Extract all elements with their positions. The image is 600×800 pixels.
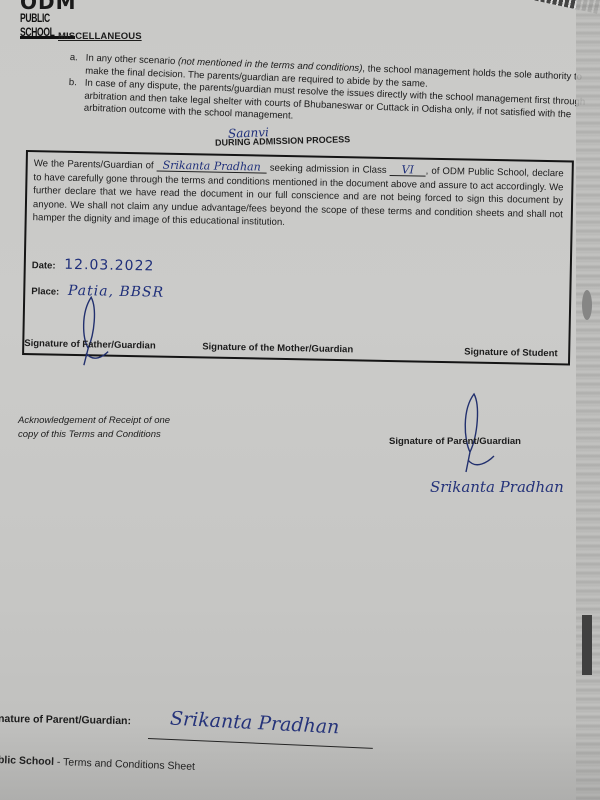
declaration-part2: seeking admission in Class — [270, 163, 387, 176]
signature-father-label: Signature of Father/Guardian — [24, 338, 156, 352]
photo-shadow — [0, 720, 600, 800]
section-heading-admission: DURING ADMISSION PROCESS — [215, 134, 350, 148]
signature-student-label: Signature of Student — [464, 346, 558, 359]
acknowledgement-line1: Acknowledgement of Receipt of one — [18, 414, 218, 428]
parent-signed-name: Srikanta Pradhan — [430, 478, 564, 496]
date-row: Date: 12.03.2022 — [32, 256, 155, 274]
signature-parent-label: Signature of Parent/Guardian — [389, 436, 521, 447]
signature-mother-label: Signature of the Mother/Guardian — [202, 341, 353, 355]
section-heading-miscellaneous: MISCELLANEOUS — [58, 31, 142, 42]
declaration-part1: We the Parents/Guardian of — [34, 158, 154, 171]
father-signature-scribble — [74, 293, 115, 369]
guardian-name-field[interactable]: Srikanta Pradhan — [157, 161, 267, 174]
parent-signature-scribble — [452, 390, 502, 475]
acknowledgement-line2: copy of this Terms and Conditions — [18, 428, 218, 442]
class-field[interactable]: VI — [390, 165, 426, 177]
place-label: Place: — [31, 286, 59, 298]
logo-title: ODM — [20, 0, 78, 10]
declaration-part3: , of ODM Public School, declare to have … — [33, 166, 564, 229]
date-value[interactable]: 12.03.2022 — [64, 257, 154, 275]
document-page: ODM PUBLIC SCHOOL MISCELLANEOUS a. In an… — [0, 0, 600, 800]
miscellaneous-list: a. In any other scenario (not mentioned … — [68, 52, 590, 134]
acknowledgement-text: Acknowledgement of Receipt of one copy o… — [18, 414, 218, 442]
declaration-text: We the Parents/Guardian of Srikanta Prad… — [33, 157, 564, 235]
adjacent-page-edge — [576, 0, 600, 800]
date-label: Date: — [32, 260, 56, 271]
list-item-label: b. — [69, 77, 77, 90]
list-item-label: a. — [70, 52, 78, 65]
stamp-mark — [582, 290, 592, 320]
declaration-box: We the Parents/Guardian of Srikanta Prad… — [22, 150, 574, 365]
edge-text-mark — [582, 615, 592, 675]
